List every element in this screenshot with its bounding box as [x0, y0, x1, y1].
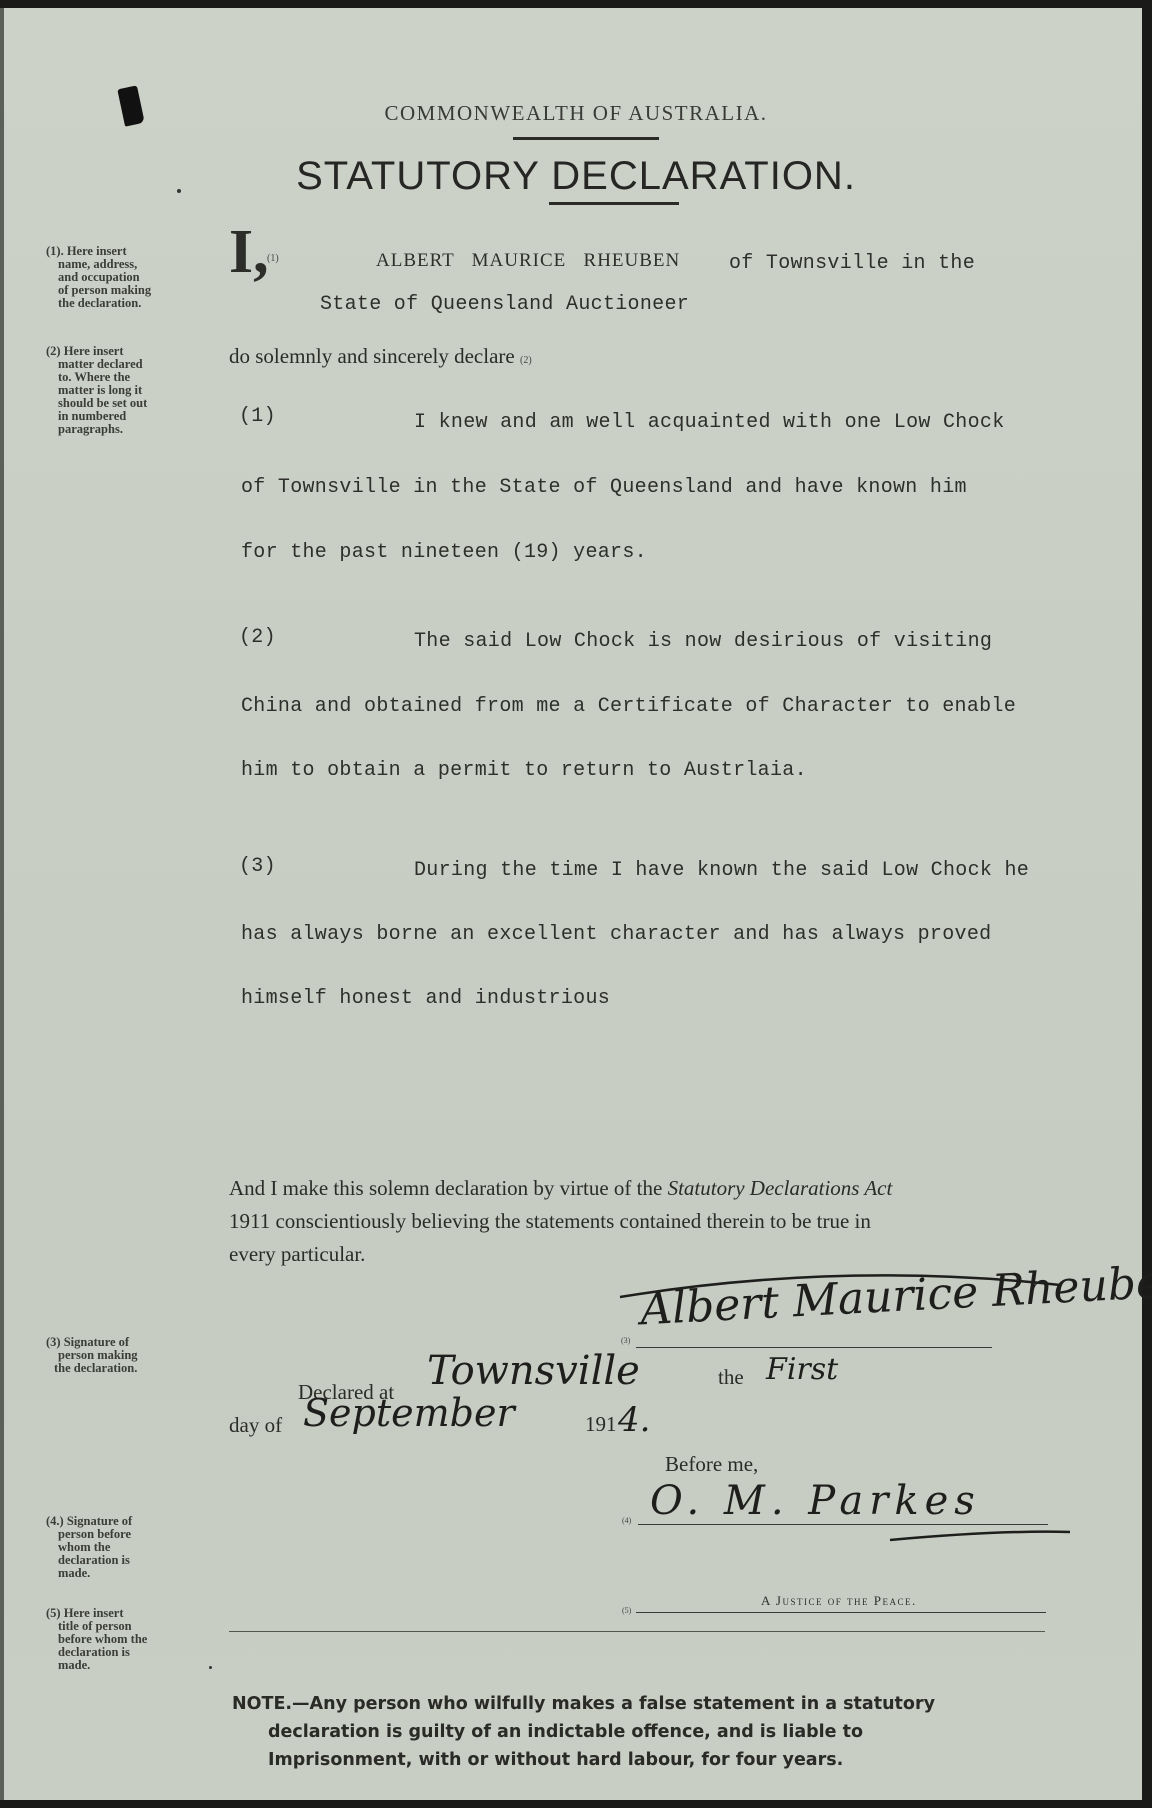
witness-flourish — [880, 1518, 1080, 1548]
closing-line-3: every particular. — [229, 1242, 365, 1267]
margin-note-4: (4.) Signature of person before whom the… — [46, 1515, 132, 1580]
margin-note-line: the declaration. — [46, 297, 151, 310]
margin-note-line: (4.) Signature of — [46, 1514, 132, 1528]
margin-note-2: (2) Here insert matter declared to. Wher… — [46, 345, 147, 436]
note-line-2: declaration is guilty of an indictable o… — [232, 1718, 1052, 1746]
paragraph-3-line-1: During the time I have known the said Lo… — [414, 859, 1029, 882]
closing-text: And I make this solemn declaration by vi… — [229, 1176, 668, 1200]
page-title: STATUTORY DECLARATION. — [0, 154, 1152, 199]
paragraph-2-number: (2) — [239, 626, 276, 649]
declarant-signature-line — [636, 1347, 992, 1348]
declare-text: do solemnly and sincerely declare — [229, 344, 515, 368]
day-of-label: day of — [229, 1413, 282, 1438]
header-rule-bottom — [549, 202, 679, 205]
ref-mark-3: (3) — [621, 1336, 630, 1345]
margin-note-5: (5) Here insert title of person before w… — [46, 1607, 147, 1672]
paragraph-3-number: (3) — [239, 855, 276, 878]
declarant-address-2: State of Queensland Auctioneer — [320, 293, 689, 316]
margin-note-line: (2) Here insert — [46, 344, 124, 358]
declarant-address-1: of Townsville in the — [729, 252, 975, 275]
declaration-opening: I, — [229, 221, 269, 283]
margin-note-line: (1). Here insert — [46, 244, 127, 258]
document-page: COMMONWEALTH OF AUSTRALIA. STATUTORY DEC… — [0, 8, 1142, 1800]
declared-place: Townsville — [427, 1348, 640, 1394]
margin-note-line: paragraphs. — [46, 423, 147, 436]
declare-statement: do solemnly and sincerely declare (2) — [229, 344, 532, 369]
closing-line-2: 1911 conscientiously believing the state… — [229, 1209, 871, 1234]
closing-line-1: And I make this solemn declaration by vi… — [229, 1176, 892, 1201]
ref-mark-5: (5) — [622, 1606, 631, 1615]
paragraph-3-line-3: himself honest and industrious — [241, 987, 610, 1010]
ref-mark-2: (2) — [520, 355, 532, 366]
witness-title: A Justice of the Peace. — [761, 1593, 917, 1609]
before-me-label: Before me, — [665, 1452, 758, 1477]
ref-mark-4: (4) — [622, 1516, 631, 1525]
witness-title-line — [636, 1612, 1046, 1613]
margin-note-line: made. — [46, 1659, 147, 1672]
margin-note-line: (5) Here insert — [46, 1606, 124, 1620]
note-line-3: Imprisonment, with or without hard labou… — [232, 1746, 1052, 1774]
the-label: the — [718, 1365, 744, 1390]
margin-note-line: the declaration. — [46, 1362, 138, 1375]
ref-mark-1: (1) — [267, 253, 279, 264]
declarant-name: ALBERT MAURICE RHEUBEN — [376, 250, 680, 272]
act-name: Statutory Declarations Act — [668, 1176, 893, 1200]
paper-speck — [209, 1666, 212, 1669]
jurisdiction-heading: COMMONWEALTH OF AUSTRALIA. — [0, 101, 1152, 126]
footer-rule — [229, 1631, 1045, 1632]
year-suffix: 4. — [618, 1400, 650, 1440]
margin-note-3: (3) Signature of person making the decla… — [46, 1336, 138, 1375]
declared-day: First — [766, 1352, 838, 1387]
declared-month: September — [303, 1391, 515, 1435]
margin-note-line: (3) Signature of — [46, 1335, 129, 1349]
year-prefix: 191 — [585, 1412, 617, 1437]
paragraph-1-line-1: I knew and am well acquainted with one L… — [414, 411, 1005, 434]
header-rule-top — [513, 137, 659, 140]
legal-warning-note: NOTE.—Any person who wilfully makes a fa… — [232, 1690, 1052, 1774]
paragraph-1-line-2: of Townsville in the State of Queensland… — [241, 476, 967, 499]
paragraph-2-line-2: China and obtained from me a Certificate… — [241, 695, 1016, 718]
paragraph-2-line-3: him to obtain a permit to return to Aust… — [241, 759, 807, 782]
paragraph-1-line-3: for the past nineteen (19) years. — [241, 541, 647, 564]
note-line-1: NOTE.—Any person who wilfully makes a fa… — [232, 1694, 935, 1714]
margin-note-line: made. — [46, 1567, 132, 1580]
margin-note-1: (1). Here insert name, address, and occu… — [46, 245, 151, 310]
paragraph-3-line-2: has always borne an excellent character … — [241, 923, 991, 946]
signature-flourish — [600, 1263, 1080, 1303]
paragraph-2-line-1: The said Low Chock is now desirious of v… — [414, 630, 992, 653]
paragraph-1-number: (1) — [239, 405, 276, 428]
